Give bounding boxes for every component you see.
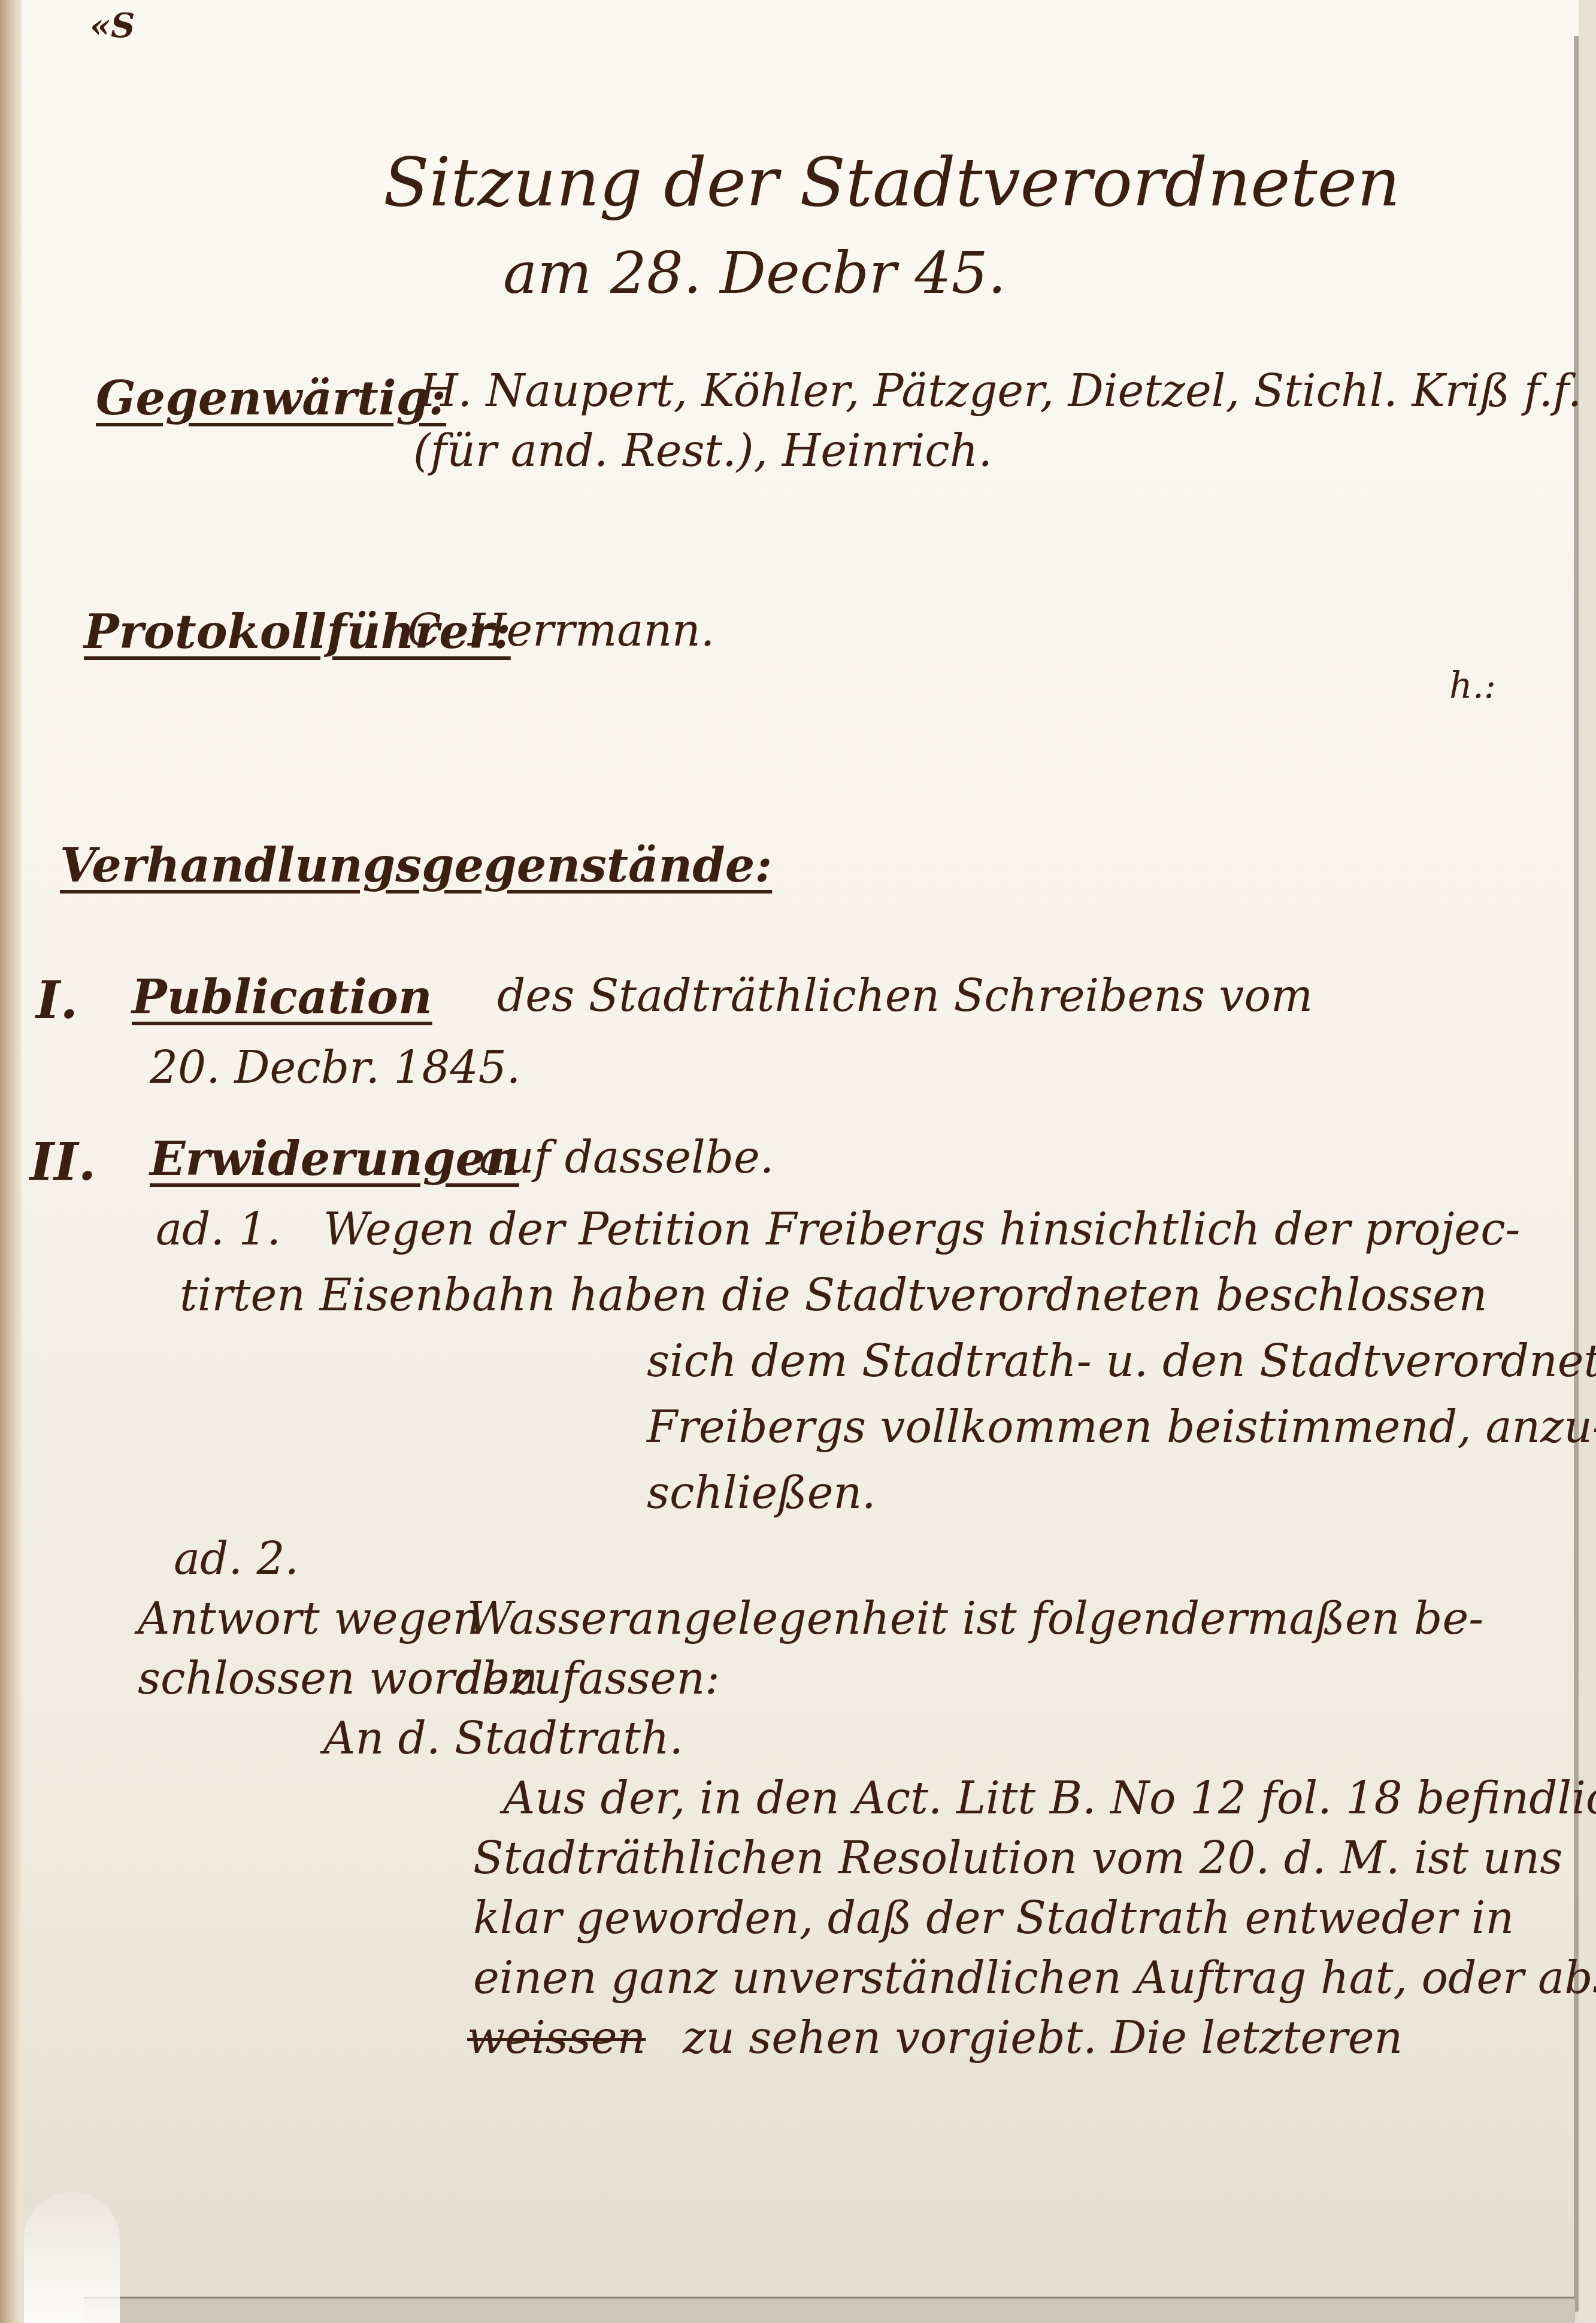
letter-addressee: An d. Stadtrath. bbox=[323, 1713, 683, 1764]
item-heading: Publication bbox=[132, 970, 432, 1025]
ad1-label: ad. 1. bbox=[156, 1204, 281, 1255]
letter-struck-word: weissen bbox=[467, 2012, 646, 2064]
recorder-name: C. Herrmann. bbox=[407, 605, 714, 656]
letter-line5: zu sehen vorgiebt. Die letzteren bbox=[683, 2012, 1403, 2064]
agenda-label: Verhandlungsgegenstände: bbox=[60, 838, 772, 893]
page-bottom-edge bbox=[84, 2297, 1575, 2323]
ad1-line4: Freibergs vollkommen beistimmend, anzu- bbox=[647, 1401, 1596, 1453]
margin-mark: h.: bbox=[1449, 665, 1496, 707]
item-text: auf dasselbe. bbox=[479, 1132, 774, 1183]
ad1-line5: schließen. bbox=[647, 1467, 876, 1519]
item-text-cont: 20. Decbr. 1845. bbox=[150, 1042, 520, 1094]
ad1-line2: tirten Eisenbahn haben die Stadtverordne… bbox=[180, 1270, 1487, 1321]
letter-line3: klar geworden, daß der Stadtrath entwede… bbox=[473, 1892, 1514, 1944]
page-title: Sitzung der Stadtverordneten bbox=[383, 144, 1400, 222]
letter-line4: einen ganz unverständlichen Auftrag hat,… bbox=[473, 1952, 1596, 2004]
present-names-line2: (für and. Rest.), Heinrich. bbox=[413, 425, 992, 477]
session-date: am 28. Decbr 45. bbox=[503, 240, 1006, 307]
letter-line1: Aus der, in den Act. Litt B. No 12 fol. … bbox=[503, 1773, 1596, 1824]
letter-line2: Stadträthlichen Resolution vom 20. d. M.… bbox=[473, 1833, 1562, 1884]
item-text: des Stadträthlichen Schreibens vom bbox=[497, 970, 1313, 1022]
item-numeral: I. bbox=[36, 970, 78, 1031]
ad1-line1: Wegen der Petition Freibergs hinsichtlic… bbox=[323, 1204, 1521, 1255]
ad1-line3: sich dem Stadtrath- u. den Stadtverordne… bbox=[647, 1335, 1596, 1387]
ad2-line1: Wasserangelegenheit ist folgendermaßen b… bbox=[467, 1593, 1483, 1644]
corner-mark: «S bbox=[90, 6, 135, 46]
item-heading: Erwiderungen bbox=[150, 1132, 519, 1186]
ad2-line2: abzufassen: bbox=[455, 1653, 720, 1704]
page-left-edge bbox=[0, 0, 22, 2323]
light-glare bbox=[24, 2192, 120, 2323]
present-label: Gegenwärtig: bbox=[96, 371, 446, 426]
ad2-line1-prefix: Antwort wegen bbox=[138, 1593, 481, 1644]
item-numeral: II. bbox=[30, 1132, 96, 1192]
manuscript-page: «S Sitzung der Stadtverordneten am 28. D… bbox=[0, 0, 1596, 2323]
present-names-line1: H. Naupert, Köhler, Pätzger, Dietzel, St… bbox=[419, 365, 1582, 417]
ad2-label: ad. 2. bbox=[174, 1533, 299, 1585]
